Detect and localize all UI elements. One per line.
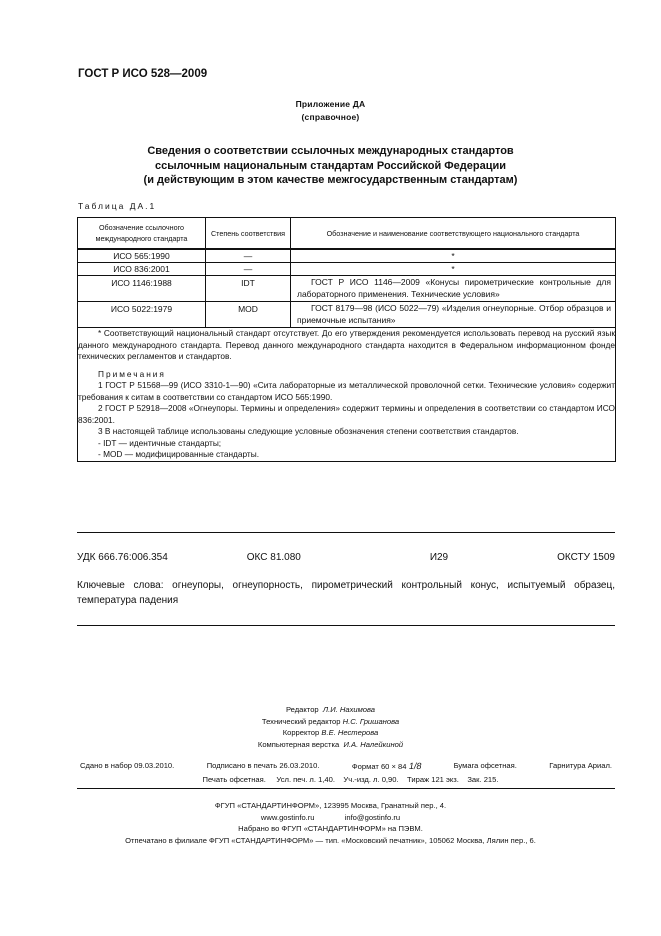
divider-bottom bbox=[77, 788, 615, 789]
cell-degree: MOD bbox=[206, 302, 291, 328]
national-standard-text: ГОСТ 8179—98 (ИСО 5022—79) «Изделия огне… bbox=[297, 303, 611, 326]
annex-heading: Приложение ДА (справочное) bbox=[0, 98, 661, 124]
cell-degree: — bbox=[206, 263, 291, 276]
table-footnote-row: * Соответствующий национальный стандарт … bbox=[78, 328, 616, 462]
cell-national: * bbox=[291, 263, 616, 276]
credits-block: Редактор Л.И. Нахимова Технический редак… bbox=[0, 704, 661, 750]
divider-middle bbox=[77, 625, 615, 626]
table-row: ИСО 1146:1988 IDT ГОСТ Р ИСО 1146—2009 «… bbox=[78, 276, 616, 302]
publisher-address: ФГУП «СТАНДАРТИНФОРМ», 123995 Москва, Гр… bbox=[0, 800, 661, 812]
okstu-code: ОКСТУ 1509 bbox=[557, 552, 615, 563]
cell-degree: IDT bbox=[206, 276, 291, 302]
printed-info: Отпечатано в филиале ФГУП «СТАНДАРТИНФОР… bbox=[0, 835, 661, 847]
paper-type: Бумага офсетная. bbox=[454, 761, 517, 771]
table-label: Таблица ДА.1 bbox=[78, 201, 156, 211]
submitted-date: Сдано в набор 09.03.2010. bbox=[80, 761, 174, 771]
column-header-degree: Степень соответствия bbox=[206, 218, 291, 250]
print-info-line-2: Печать офсетная. Усл. печ. л. 1,40. Уч.-… bbox=[0, 775, 661, 784]
table-row: ИСО 565:1990 — * bbox=[78, 249, 616, 263]
legend-idt: - IDT — идентичные стандарты; bbox=[78, 438, 615, 450]
format: Формат 60 × 84 1/8 bbox=[352, 761, 421, 771]
cell-international: ИСО 5022:1979 bbox=[78, 302, 206, 328]
printing-type: Печать офсетная. bbox=[203, 775, 266, 784]
table-footnote-cell: * Соответствующий национальный стандарт … bbox=[78, 328, 616, 462]
cell-degree: — bbox=[206, 249, 291, 263]
typeset-info: Набрано во ФГУП «СТАНДАРТИНФОРМ» на ПЭВМ… bbox=[0, 823, 661, 835]
divider-top bbox=[77, 532, 615, 533]
note-1: 1 ГОСТ Р 51568—99 (ИСО 3310-1—90) «Сита … bbox=[78, 380, 615, 403]
typeface: Гарнитура Ариал. bbox=[549, 761, 612, 771]
document-code: ГОСТ Р ИСО 528—2009 bbox=[78, 68, 207, 80]
udk-code: УДК 666.76:006.354 bbox=[77, 552, 168, 563]
cell-international: ИСО 1146:1988 bbox=[78, 276, 206, 302]
correspondence-table: Обозначение ссылочного международного ст… bbox=[77, 217, 616, 462]
classification-codes: УДК 666.76:006.354 ОКС 81.080 И29 ОКСТУ … bbox=[77, 552, 615, 563]
section-title-line-2: ссылочным национальным стандартам Россий… bbox=[0, 159, 661, 174]
cell-international: ИСО 565:1990 bbox=[78, 249, 206, 263]
annex-subtitle: (справочное) bbox=[0, 111, 661, 124]
format-fraction: 1/8 bbox=[408, 761, 422, 771]
print-info-line-1: Сдано в набор 09.03.2010. Подписано в пе… bbox=[80, 761, 612, 771]
column-header-national: Обозначение и наименование соответствующ… bbox=[291, 218, 616, 250]
national-standard-text: ГОСТ Р ИСО 1146—2009 «Конусы пирометриче… bbox=[297, 277, 611, 300]
column-header-international: Обозначение ссылочного международного ст… bbox=[78, 218, 206, 250]
footnote-text: * Соответствующий национальный стандарт … bbox=[78, 328, 615, 363]
annex-title: Приложение ДА bbox=[0, 98, 661, 111]
legend-mod: - MOD — модифицированные стандарты. bbox=[78, 449, 615, 461]
publisher-website[interactable]: www.gostinfo.ru bbox=[261, 813, 315, 822]
section-title-line-1: Сведения о соответствии ссылочных междун… bbox=[0, 144, 661, 159]
note-3: 3 В настоящей таблице использованы следу… bbox=[78, 426, 615, 438]
credit-layout: Компьютерная верстка И.А. Налейкиной bbox=[0, 739, 661, 751]
cell-national: ГОСТ 8179—98 (ИСО 5022—79) «Изделия огне… bbox=[291, 302, 616, 328]
order-number: Зак. 215. bbox=[467, 775, 498, 784]
oks-code: ОКС 81.080 bbox=[247, 552, 301, 563]
section-title-line-3: (и действующим в этом качестве межгосуда… bbox=[0, 173, 661, 188]
table-row: ИСО 5022:1979 MOD ГОСТ 8179—98 (ИСО 5022… bbox=[78, 302, 616, 328]
print-run: Тираж 121 экз. bbox=[407, 775, 459, 784]
credit-editor: Редактор Л.И. Нахимова bbox=[0, 704, 661, 716]
cell-international: ИСО 836:2001 bbox=[78, 263, 206, 276]
note-2: 2 ГОСТ Р 52918—2008 «Огнеупоры. Термины … bbox=[78, 403, 615, 426]
group-code: И29 bbox=[430, 552, 448, 563]
section-title: Сведения о соответствии ссылочных междун… bbox=[0, 144, 661, 188]
credit-technical-editor: Технический редактор Н.С. Гришанова bbox=[0, 716, 661, 728]
publication-sheets: Уч.-изд. л. 0,90. bbox=[343, 775, 398, 784]
signed-date: Подписано в печать 26.03.2010. bbox=[207, 761, 320, 771]
cell-national: * bbox=[291, 249, 616, 263]
cell-national: ГОСТ Р ИСО 1146—2009 «Конусы пирометриче… bbox=[291, 276, 616, 302]
credit-corrector: Корректор В.Е. Нестерова bbox=[0, 727, 661, 739]
notes-heading: Примечания bbox=[78, 369, 615, 381]
table-header-row: Обозначение ссылочного международного ст… bbox=[78, 218, 616, 250]
table-row: ИСО 836:2001 — * bbox=[78, 263, 616, 276]
publisher-block: ФГУП «СТАНДАРТИНФОРМ», 123995 Москва, Гр… bbox=[0, 800, 661, 846]
publisher-email[interactable]: info@gostinfo.ru bbox=[345, 813, 400, 822]
publisher-contacts: www.gostinfo.ru info@gostinfo.ru bbox=[0, 812, 661, 824]
keywords: Ключевые слова: огнеупоры, огнеупорность… bbox=[77, 578, 615, 608]
print-sheets: Усл. печ. л. 1,40. bbox=[276, 775, 335, 784]
